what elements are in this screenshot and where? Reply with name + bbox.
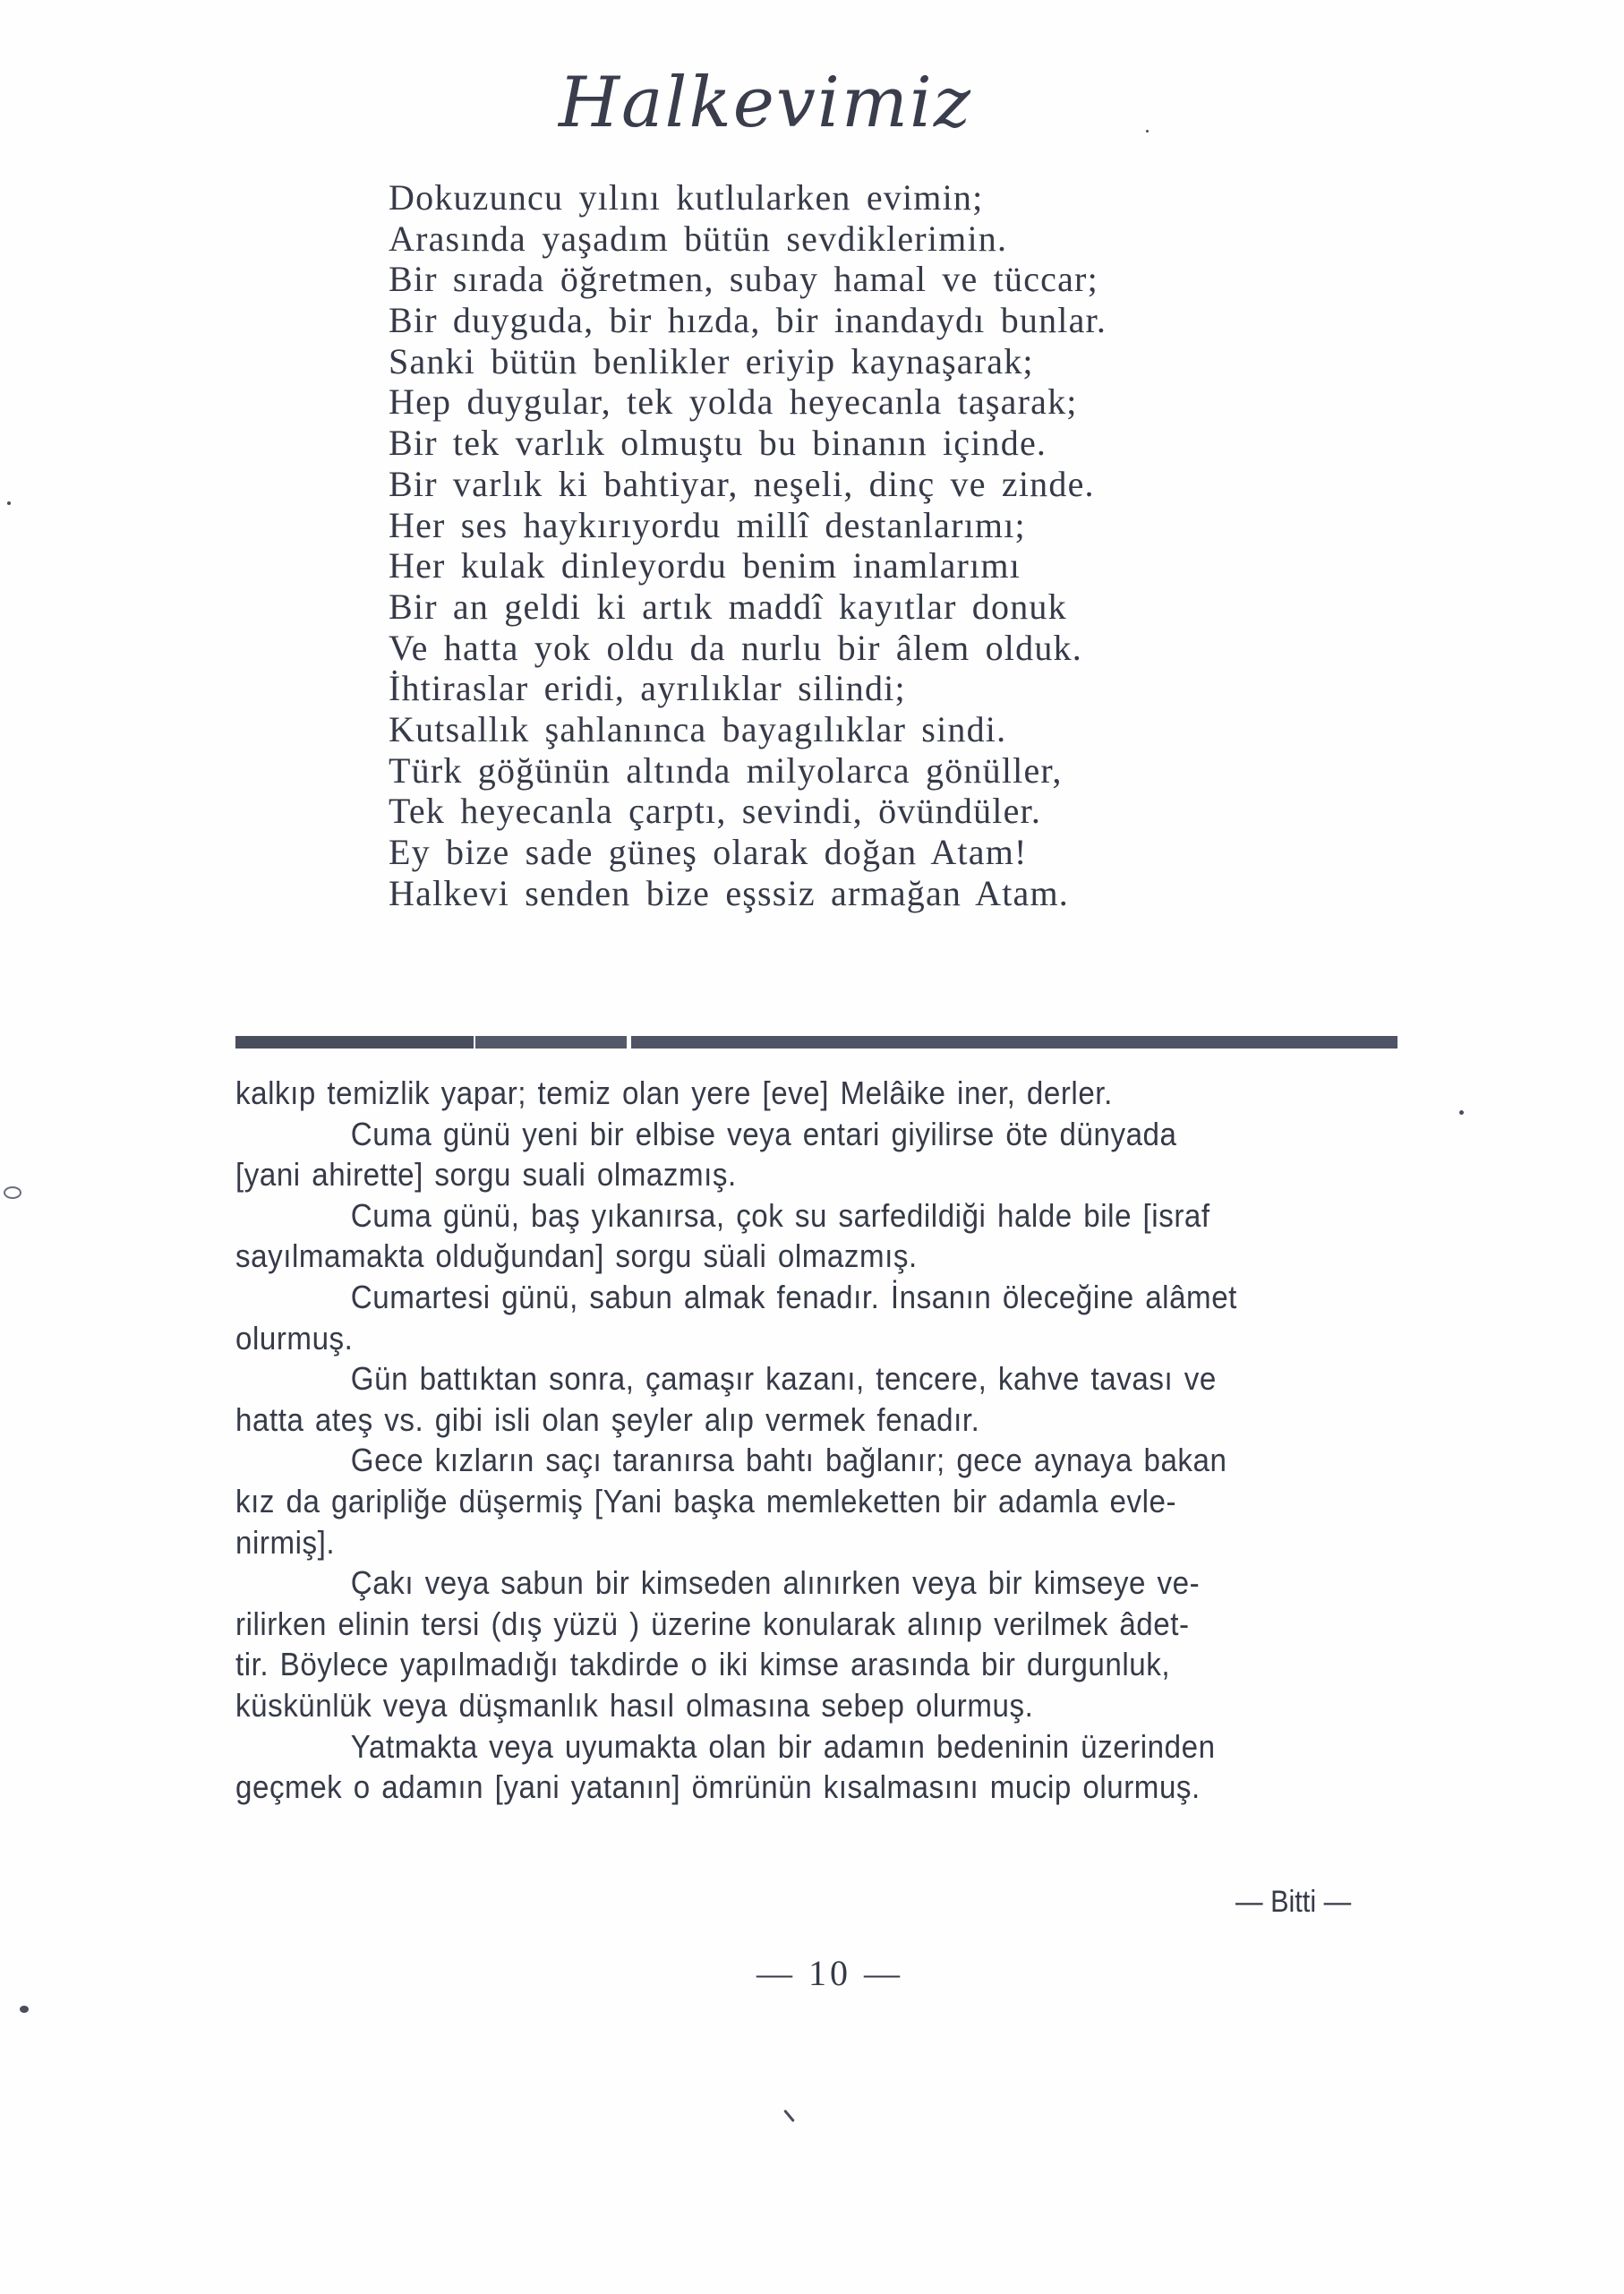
poem-line: Bir tek varlık olmuştu bu binanın içinde… — [389, 423, 1284, 464]
prose-line: Gece kızların saçı taranırsa bahtı bağla… — [235, 1440, 1327, 1481]
page-number: — 10 — — [756, 1952, 903, 1994]
poem-line: Türk göğünün altında milyolarca gönüller… — [389, 750, 1284, 792]
scan-speck — [1146, 130, 1149, 133]
section-divider-rule — [631, 1036, 1397, 1049]
end-mark: — Bitti — — [1235, 1885, 1351, 1920]
document-page: Halkevimiz Dokuzuncu yılını kutlularken … — [0, 0, 1624, 2294]
prose-line: Yatmakta veya uyumakta olan bir adamın b… — [235, 1726, 1327, 1768]
prose-line: kız da garipliğe düşermiş [Yani başka me… — [235, 1481, 1327, 1522]
poem-line: Her ses haykırıyordu millî destanlarımı; — [389, 505, 1284, 546]
poem-line: Tek heyecanla çarptı, sevindi, övündüler… — [389, 791, 1284, 832]
prose-line: Çakı veya sabun bir kimseden alınırken v… — [235, 1562, 1327, 1604]
prose-line: kalkıp temizlik yapar; temiz olan yere [… — [235, 1073, 1327, 1114]
poem-line: Bir duyguda, bir hızda, bir inandaydı bu… — [389, 300, 1284, 341]
page-title: Halkevimiz — [0, 63, 1531, 143]
poem-line: Hep duygular, tek yolda heyecanla taşara… — [389, 381, 1284, 423]
prose-line: geçmek o adamın [yani yatanın] ömrünün k… — [235, 1767, 1327, 1808]
prose-line: küskünlük veya düşmanlık hasıl olmasına … — [235, 1685, 1327, 1726]
prose-line: olurmuş. — [235, 1318, 1327, 1359]
prose-line: Gün battıktan sonra, çamaşır kazanı, ten… — [235, 1358, 1327, 1400]
poem-line: Bir sırada öğretmen, subay hamal ve tücc… — [389, 259, 1284, 300]
prose-line: [yani ahirette] sorgu suali olmazmış. — [235, 1154, 1327, 1195]
prose-line: Cuma günü yeni bir elbise veya entari gi… — [235, 1114, 1327, 1155]
poem-line: Kutsallık şahlanınca bayagılıklar sindi. — [389, 709, 1284, 750]
scan-speck — [4, 1186, 21, 1199]
section-divider-rule — [235, 1036, 474, 1049]
scan-speck — [7, 501, 11, 505]
poem-line: Halkevi senden bize eşssiz armağan Atam. — [389, 873, 1284, 914]
poem-line: İhtiraslar eridi, ayrılıklar silindi; — [389, 668, 1284, 709]
poem-line: Ve hatta yok oldu da nurlu bir âlem oldu… — [389, 628, 1284, 669]
poem-line: Arasında yaşadım bütün sevdiklerimin. — [389, 218, 1284, 260]
prose-line: Cumartesi günü, sabun almak fenadır. İns… — [235, 1277, 1327, 1318]
poem-line: Ey bize sade güneş olarak doğan Atam! — [389, 832, 1284, 873]
poem-line: Sanki bütün benlikler eriyip kaynaşarak; — [389, 341, 1284, 382]
poem-line: Bir an geldi ki artık maddî kayıtlar don… — [389, 586, 1284, 628]
prose-line: Cuma günü, baş yıkanırsa, çok su sarfedi… — [235, 1195, 1327, 1237]
poem-line: Dokuzuncu yılını kutlularken evimin; — [389, 177, 1284, 218]
section-divider-rule — [475, 1036, 627, 1049]
prose-line: sayılmamakta olduğundan] sorgu süali olm… — [235, 1236, 1327, 1277]
poem-line: Bir varlık ki bahtiyar, neşeli, dinç ve … — [389, 464, 1284, 505]
poem-line: Her kulak dinleyordu benim inamlarımı — [389, 545, 1284, 586]
prose-line: rilirken elinin tersi (dış yüzü ) üzerin… — [235, 1604, 1327, 1645]
prose-block: kalkıp temizlik yapar; temiz olan yere [… — [235, 1073, 1422, 1808]
scan-speck — [1459, 1110, 1464, 1115]
prose-line: tir. Böylece yapılmadığı takdirde o iki … — [235, 1644, 1327, 1685]
poem-block: Dokuzuncu yılını kutlularken evimin; Ara… — [389, 177, 1284, 913]
scan-speck — [783, 2110, 795, 2122]
scan-speck — [20, 2006, 29, 2013]
prose-line: nirmiş]. — [235, 1522, 1327, 1563]
prose-line: hatta ateş vs. gibi isli olan şeyler alı… — [235, 1400, 1327, 1441]
